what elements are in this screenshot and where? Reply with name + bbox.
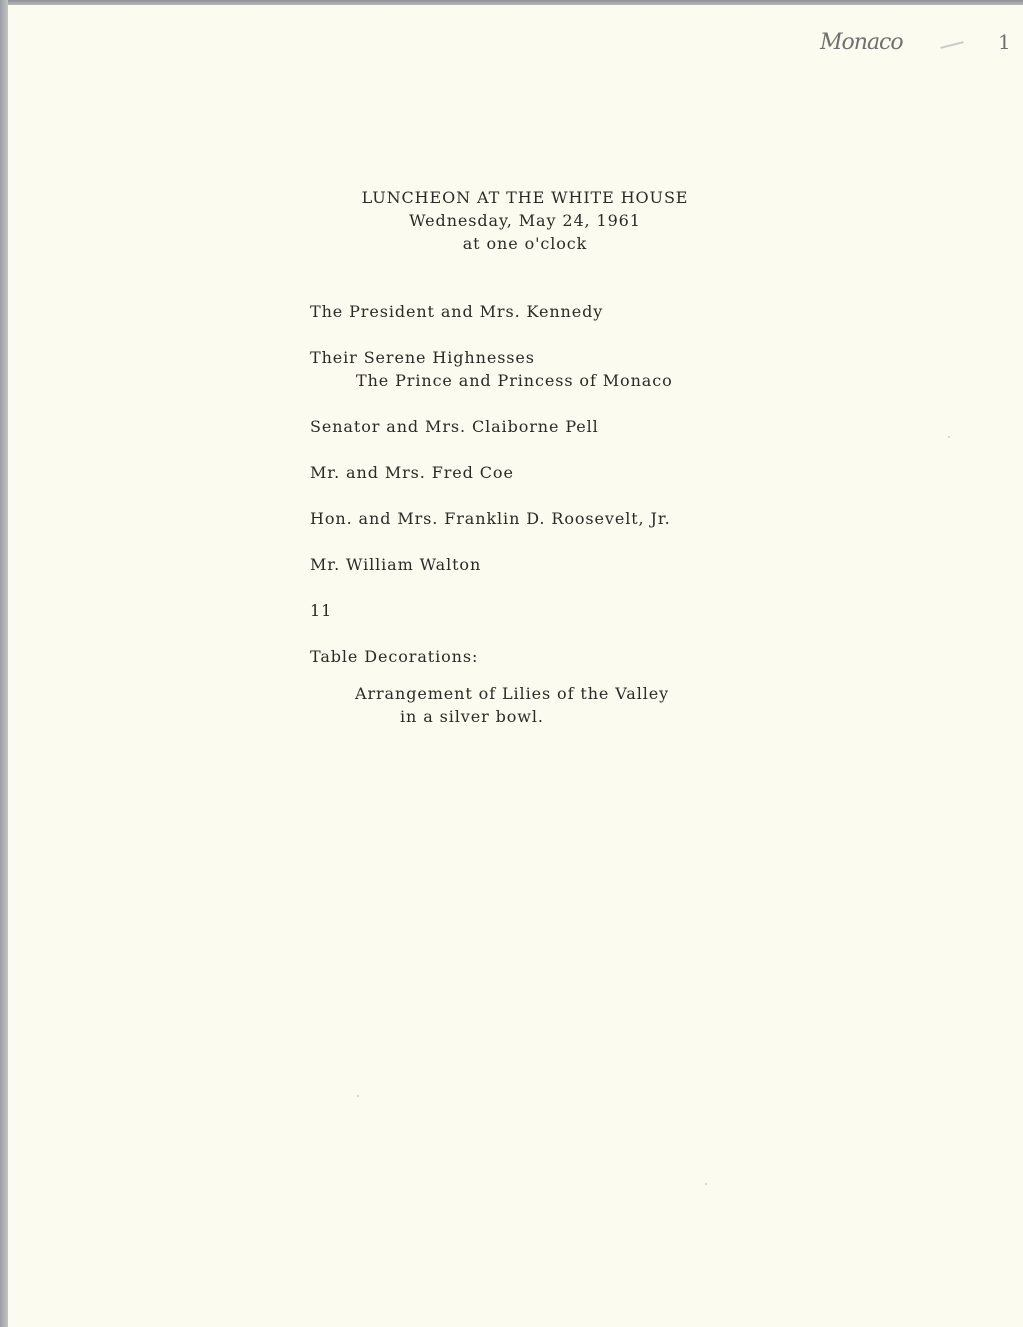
guest-entry-subline: The Prince and Princess of Monaco (356, 371, 673, 390)
guest-entry: Their Serene Highnesses (310, 348, 535, 367)
handwritten-note: Monaco (820, 30, 903, 55)
scanner-edge-left (0, 0, 8, 1327)
document-title: LUNCHEON AT THE WHITE HOUSE (305, 188, 745, 207)
guest-entry: Senator and Mrs. Claiborne Pell (310, 417, 599, 436)
paper-speck (357, 1095, 359, 1097)
decorations-heading: Table Decorations: (310, 647, 478, 666)
page-number: 1 (998, 30, 1010, 54)
paper-speck (948, 436, 950, 438)
guest-entry: The President and Mrs. Kennedy (310, 302, 603, 321)
decorations-line: Arrangement of Lilies of the Valley (355, 684, 669, 703)
paper-speck (705, 1183, 707, 1185)
guest-entry: Mr. and Mrs. Fred Coe (310, 463, 514, 482)
decorations-line: in a silver bowl. (400, 707, 544, 726)
event-time: at one o'clock (305, 234, 745, 253)
guest-count: 11 (310, 601, 332, 620)
guest-entry: Mr. William Walton (310, 555, 481, 574)
guest-entry: Hon. and Mrs. Franklin D. Roosevelt, Jr. (310, 509, 671, 528)
event-date: Wednesday, May 24, 1961 (305, 211, 745, 230)
